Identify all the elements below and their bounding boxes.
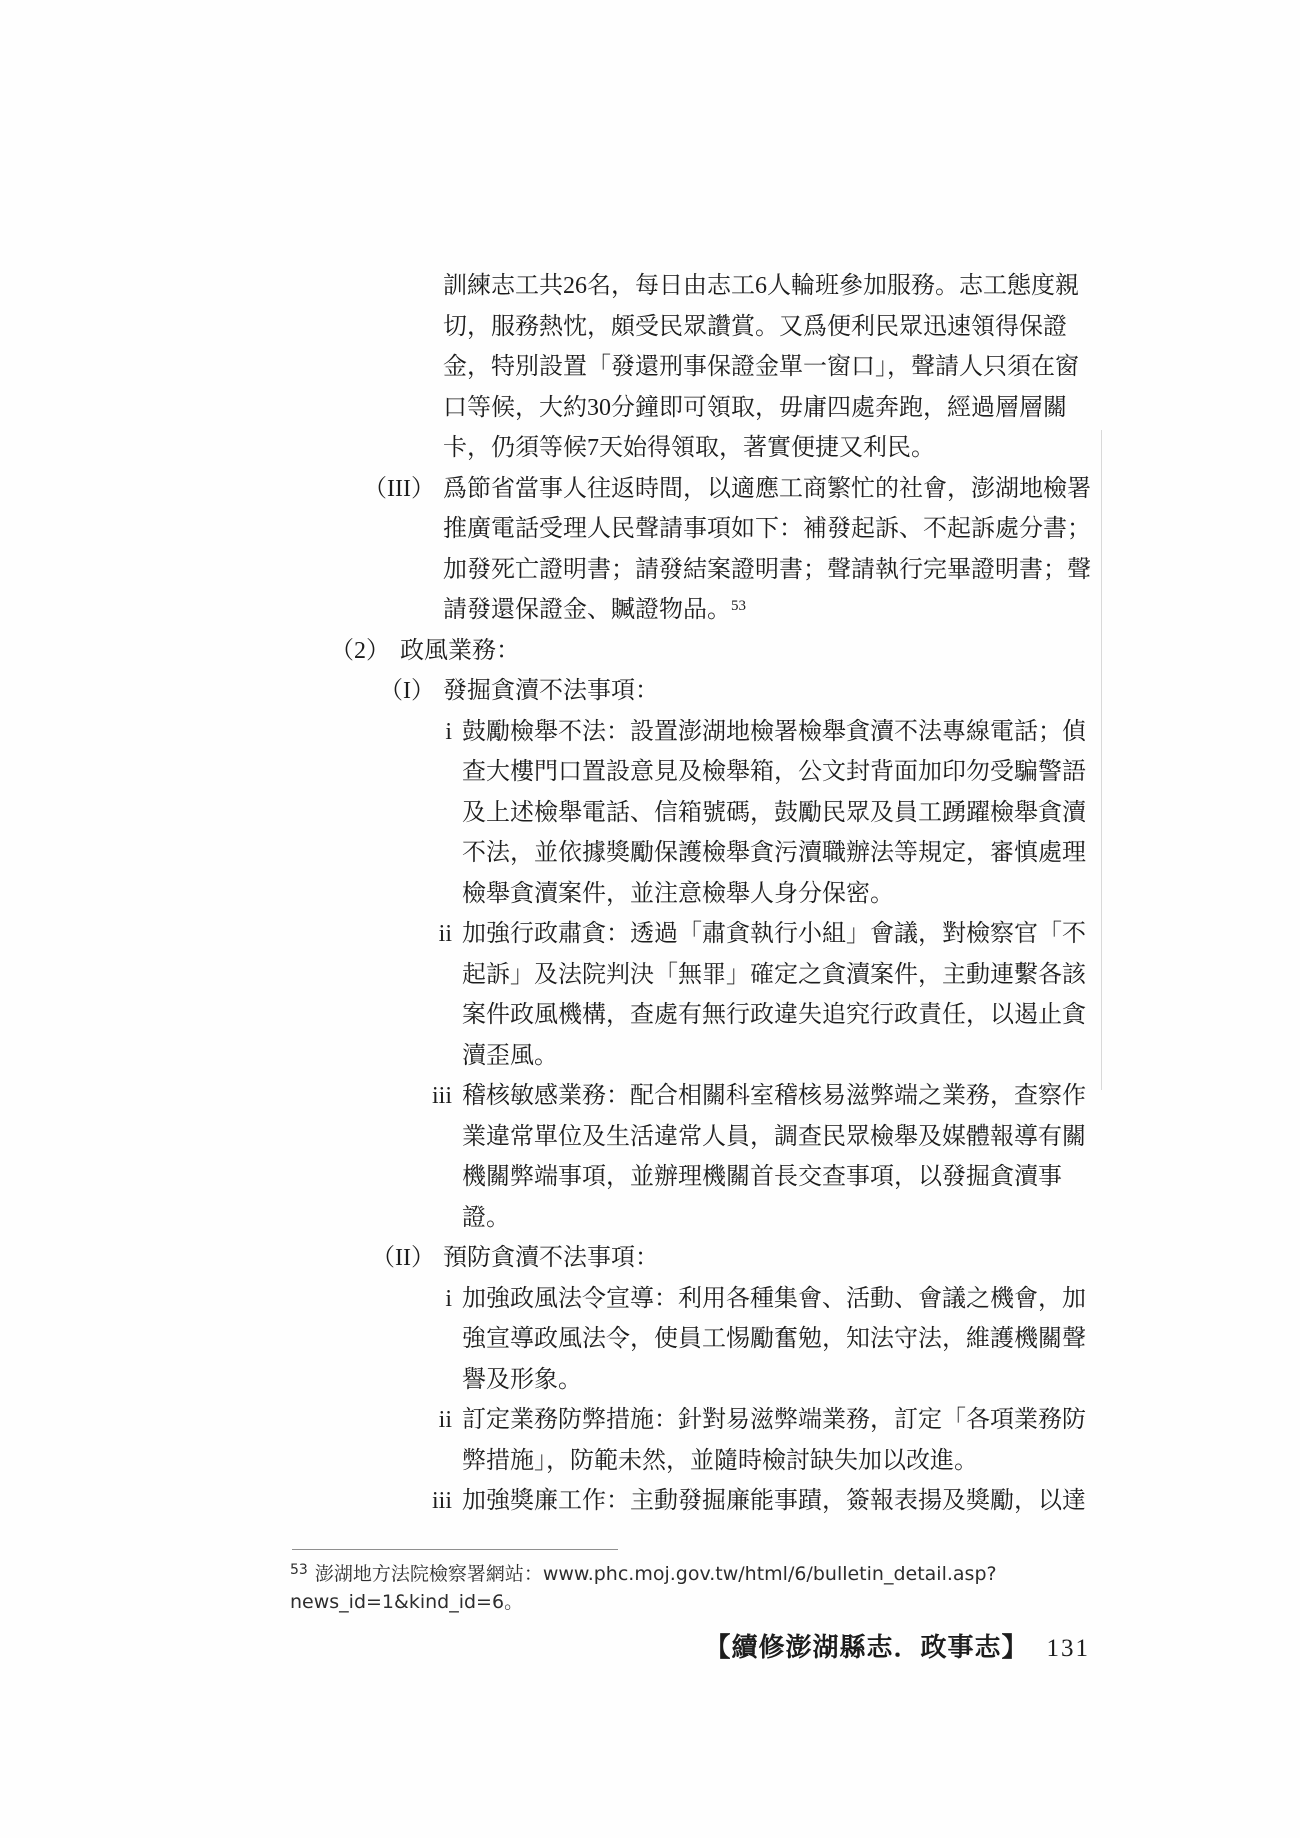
- list-label: i: [418, 712, 452, 753]
- list-item-roman-II: （II）預防貪瀆不法事項：: [0, 1238, 1170, 1279]
- page-number: 131: [1047, 1635, 1091, 1662]
- list-item-ii: ii訂定業務防弊措施：針對易滋弊端業務，訂定「各項業務防 弊措施」，防範未然，並…: [0, 1400, 1170, 1481]
- book-title: 【續修澎湖縣志．政事志】: [704, 1633, 1028, 1662]
- list-item-i: i加強政風法令宣導：利用各種集會、活動、會議之機會，加 強宣導政風法令，使員工惕…: [0, 1279, 1170, 1401]
- footnote-marker: 53: [290, 1562, 308, 1578]
- list-item-text: 鼓勵檢舉不法：設置澎湖地檢署檢舉貪瀆不法專線電話；偵 查大樓門口置設意見及檢舉箱…: [462, 719, 1086, 907]
- footnote-reference: 53: [731, 598, 746, 614]
- list-item-text: 加強政風法令宣導：利用各種集會、活動、會議之機會，加 強宣導政風法令，使員工惕勵…: [462, 1286, 1086, 1393]
- list-label: ii: [418, 1400, 452, 1441]
- list-label: iii: [418, 1481, 452, 1522]
- list-item-text: 政風業務：: [400, 638, 520, 664]
- list-item-roman-I: （I）發掘貪瀆不法事項：: [0, 671, 1170, 712]
- list-label: （III）: [325, 469, 435, 510]
- list-label: （2）: [330, 631, 394, 672]
- list-item-text: 爲節省當事人往返時間，以適應工商繁忙的社會，澎湖地檢署 推廣電話受理人民聲請事項…: [443, 476, 1091, 624]
- list-item-ii: ii加強行政肅貪：透過「肅貪執行小組」會議，對檢察官「不 起訴」及法院判決「無罪…: [0, 914, 1170, 1076]
- list-item-text: 訂定業務防弊措施：針對易滋弊端業務，訂定「各項業務防 弊措施」，防範未然，並隨時…: [462, 1407, 1086, 1474]
- list-item-iii: iii稽核敏感業務：配合相關科室稽核易滋弊端之業務，查察作 業違常單位及生活違常…: [0, 1076, 1170, 1238]
- list-item-text: 預防貪瀆不法事項：: [443, 1245, 659, 1271]
- page-footer: 【續修澎湖縣志．政事志】131: [0, 1627, 1090, 1664]
- footnote-text: 澎湖地方法院檢察署網站：www.phc.moj.gov.tw/html/6/bu…: [290, 1563, 997, 1613]
- list-label: i: [418, 1279, 452, 1320]
- list-label: iii: [418, 1076, 452, 1117]
- list-item-text: 稽核敏感業務：配合相關科室稽核易滋弊端之業務，查察作 業違常單位及生活違常人員，…: [462, 1083, 1086, 1231]
- list-item-iii: iii加強獎廉工作：主動發掘廉能事蹟，簽報表揚及獎勵，以達: [0, 1481, 1170, 1522]
- list-label: （II）: [325, 1238, 435, 1279]
- list-label: （I）: [325, 671, 435, 712]
- scan-edge-line: [1101, 430, 1102, 1090]
- footnote: 53澎湖地方法院檢察署網站：www.phc.moj.gov.tw/html/6/…: [290, 1560, 1190, 1616]
- list-item-i: i鼓勵檢舉不法：設置澎湖地檢署檢舉貪瀆不法專線電話；偵 查大樓門口置設意見及檢舉…: [0, 712, 1170, 915]
- scanned-book-page: 訓練志工共26名，每日由志工6人輪班參加服務。志工態度親 切，服務熱忱，頗受民眾…: [0, 0, 1300, 1838]
- list-item-text: 加強獎廉工作：主動發掘廉能事蹟，簽報表揚及獎勵，以達: [462, 1488, 1086, 1514]
- footnote-separator: [292, 1549, 618, 1550]
- opening-paragraph: 訓練志工共26名，每日由志工6人輪班參加服務。志工態度親 切，服務熱忱，頗受民眾…: [0, 266, 1170, 469]
- list-label: ii: [418, 914, 452, 955]
- list-item-text: 加強行政肅貪：透過「肅貪執行小組」會議，對檢察官「不 起訴」及法院判決「無罪」確…: [462, 921, 1086, 1069]
- body-text: 訓練志工共26名，每日由志工6人輪班參加服務。志工態度親 切，服務熱忱，頗受民眾…: [0, 266, 1170, 1522]
- list-item-2: （2）政風業務：: [0, 631, 1170, 672]
- list-item-text: 發掘貪瀆不法事項：: [443, 678, 659, 704]
- list-item-roman-III: （III）爲節省當事人往返時間，以適應工商繁忙的社會，澎湖地檢署 推廣電話受理人…: [0, 469, 1170, 631]
